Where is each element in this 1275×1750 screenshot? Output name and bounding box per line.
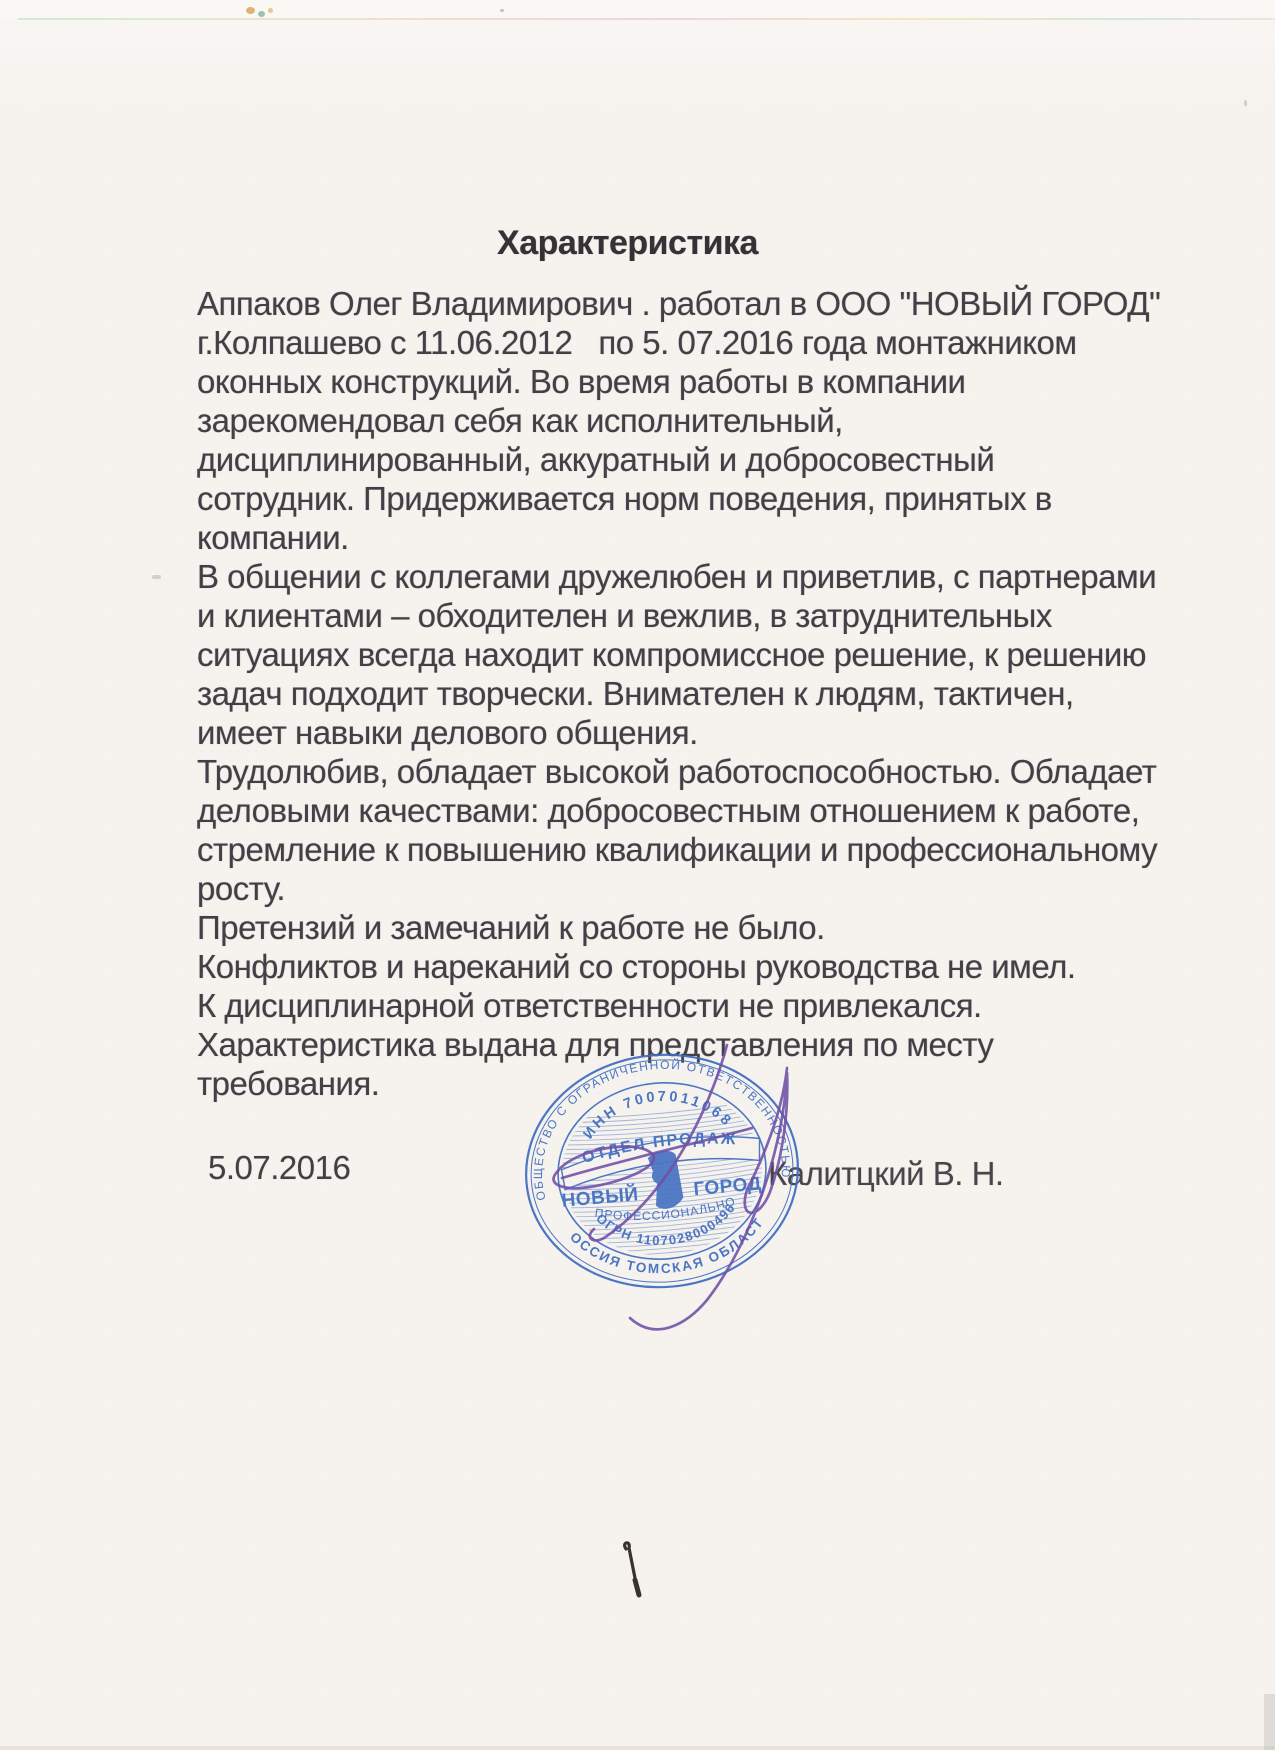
body-line: и клиентами – обходителен и вежлив, в за… <box>197 596 1160 635</box>
scan-artifact-speck <box>152 575 161 579</box>
pen-mark-stroke <box>635 1580 639 1595</box>
scan-artifact-edge-line <box>18 18 1275 20</box>
scan-artifact-speck <box>1244 100 1247 106</box>
body-line: зарекомендовал себя как исполнительный, <box>197 401 1160 440</box>
body-line: Аппаков Олег Владимирович . работал в ОО… <box>197 284 1160 323</box>
scan-artifact-smudge <box>268 8 273 13</box>
body-line: деловыми качествами: добросовестным отно… <box>197 791 1160 830</box>
document-date: 5.07.2016 <box>208 1149 350 1187</box>
scan-artifact-smudge <box>500 9 504 12</box>
body-line: задач подходит творчески. Внимателен к л… <box>197 674 1160 713</box>
body-line: Трудолюбив, обладает высокой работоспосо… <box>197 752 1160 791</box>
body-line: компании. <box>197 518 1160 557</box>
body-line: дисциплинированный, аккуратный и добросо… <box>197 440 1160 479</box>
stray-pen-mark <box>605 1540 655 1610</box>
scan-artifact-bottom-edge <box>0 1746 1275 1750</box>
scan-artifact-top-strip <box>0 0 1275 18</box>
signature-stroke <box>590 1045 727 1240</box>
body-line: В общении с коллегами дружелюбен и приве… <box>197 557 1160 596</box>
body-line: стремление к повышению квалификации и пр… <box>197 830 1160 869</box>
body-line: Претензий и замечаний к работе не было. <box>197 908 1160 947</box>
scan-artifact-smudge <box>258 11 265 17</box>
body-line: сотрудник. Придерживается норм поведения… <box>197 479 1160 518</box>
signature-ink <box>500 1010 860 1370</box>
body-line: ситуациях всегда находит компромиссное р… <box>197 635 1160 674</box>
body-line: оконных конструкций. Во время работы в к… <box>197 362 1160 401</box>
page-title: Характеристика <box>0 224 1255 263</box>
body-line: г.Колпашево с 11.06.2012 по 5. 07.2016 г… <box>197 323 1160 362</box>
body-line: Конфликтов и нареканий со стороны руково… <box>197 947 1160 986</box>
body-line: имеет навыки делового общения. <box>197 713 1160 752</box>
scanned-page: Характеристика Аппаков Олег Владимирович… <box>0 0 1275 1750</box>
signature-stroke <box>630 1068 787 1329</box>
scan-artifact-smudge <box>246 7 255 14</box>
body-line: росту. <box>197 869 1160 908</box>
body-text: Аппаков Олег Владимирович . работал в ОО… <box>197 284 1160 1103</box>
scan-artifact-right-edge <box>1264 1694 1275 1750</box>
